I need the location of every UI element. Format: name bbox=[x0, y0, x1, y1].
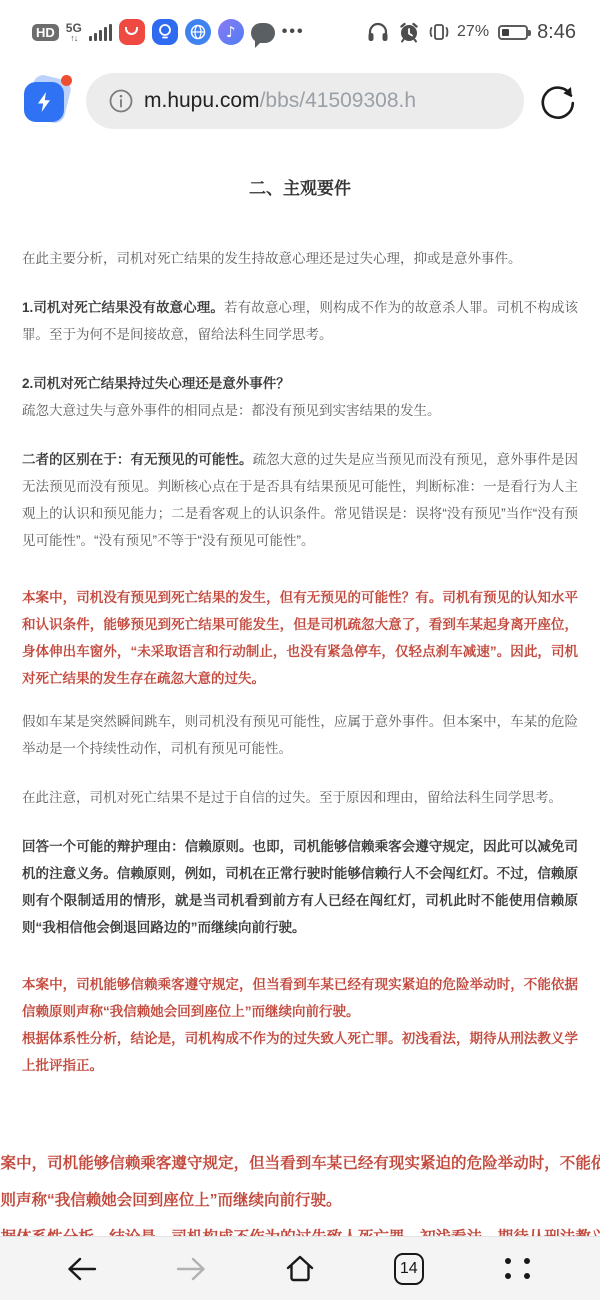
home-icon bbox=[282, 1251, 318, 1287]
browser-toolbar: m.hupu.com/bbs/41509308.h bbox=[0, 58, 600, 144]
back-arrow-icon bbox=[64, 1253, 100, 1285]
browser-app-shortcut-button[interactable] bbox=[22, 75, 74, 127]
lightning-bolt-icon bbox=[35, 91, 53, 113]
globe-app-notification-icon bbox=[185, 19, 211, 45]
paragraph-distinction-lead: 二者的区别在于：有无预见的可能性。 bbox=[22, 452, 253, 467]
battery-icon bbox=[498, 25, 528, 40]
menu-button[interactable] bbox=[490, 1245, 546, 1293]
lightning-app-icon bbox=[24, 82, 64, 122]
forward-button[interactable] bbox=[163, 1245, 219, 1293]
zoomed-text-line1: 本案中，司机能够信赖乘客遵守规定，但当看到车某已经有现实紧迫的危险举动时，不能依… bbox=[0, 1145, 600, 1219]
paragraph-note: 在此注意，司机对死亡结果不是过于自信的过失。至于原因和理由，留给法科生同学思考。 bbox=[22, 784, 578, 811]
paragraph-point1-lead: 1.司机对死亡结果没有故意心理。 bbox=[22, 300, 224, 315]
reload-button[interactable] bbox=[536, 79, 580, 123]
reload-icon bbox=[538, 81, 578, 121]
paragraph-point2-heading: 2.司机对死亡结果持过失心理还是意外事件？ bbox=[22, 370, 578, 397]
paragraph-case-analysis-red: 本案中，司机没有预见到死亡结果的发生，但有无预见的可能性？有。司机有预见的认知水… bbox=[22, 584, 578, 692]
status-bar: HD 5G ↑↓ ♪ bbox=[0, 0, 600, 58]
forward-arrow-icon bbox=[173, 1253, 209, 1285]
more-notifications-icon: ••• bbox=[282, 23, 305, 41]
battery-percent-label: 27% bbox=[457, 23, 489, 41]
paragraph-conclusion-line1: 本案中，司机能够信赖乘客遵守规定，但当看到车某已经有现实紧迫的危险举动时，不能依… bbox=[22, 971, 578, 1025]
headphones-icon bbox=[366, 20, 390, 44]
menu-dots-icon bbox=[505, 1258, 530, 1279]
paragraph-point2-text: 疏忽大意过失与意外事件的相同点是：都没有预见到实害结果的发生。 bbox=[22, 397, 578, 424]
url-path: /bbs/41509308.h bbox=[260, 89, 416, 112]
paragraph-hypothetical: 假如车某是突然瞬间跳车，则司机没有预见可能性，应属于意外事件。但本案中，车某的危… bbox=[22, 708, 578, 762]
paragraph-conclusion-line2: 根据体系性分析，结论是，司机构成不作为的过失致人死亡罪。初浅看法，期待从刑法教义… bbox=[22, 1025, 578, 1079]
article-section-title: 二、主观要件 bbox=[22, 174, 578, 199]
vibrate-icon bbox=[428, 20, 450, 44]
network-type-indicator: 5G ↑↓ bbox=[66, 22, 82, 43]
hd-indicator: HD bbox=[32, 24, 59, 41]
phone-screen: HD 5G ↑↓ ♪ bbox=[0, 0, 600, 1300]
back-button[interactable] bbox=[54, 1245, 110, 1293]
notification-dot bbox=[61, 75, 72, 86]
music-app-notification-icon: ♪ bbox=[218, 19, 244, 45]
bulb-icon bbox=[157, 23, 173, 41]
paragraph-point1: 1.司机对死亡结果没有故意心理。若有故意心理，则构成不作为的故意杀人罪。司机不构… bbox=[22, 294, 578, 348]
clock-time: 8:46 bbox=[537, 21, 576, 44]
browser-bottom-nav: 14 bbox=[0, 1236, 600, 1300]
url-text: m.hupu.com/bbs/41509308.h bbox=[144, 89, 416, 113]
globe-icon bbox=[189, 23, 207, 41]
huawei-app-notification-icon bbox=[119, 19, 145, 45]
url-domain: m.hupu.com bbox=[144, 89, 260, 112]
paragraph-defense-theory: 回答一个可能的辩护理由：信赖原则。也即，司机能够信赖乘客会遵守规定，因此可以减免… bbox=[22, 833, 578, 941]
signal-strength-icon bbox=[89, 23, 112, 41]
status-bar-right: 27% 8:46 bbox=[366, 20, 576, 44]
alarm-icon bbox=[397, 20, 421, 44]
page-info-icon[interactable] bbox=[108, 88, 134, 114]
home-button[interactable] bbox=[272, 1245, 328, 1293]
tab-count-badge: 14 bbox=[394, 1253, 424, 1285]
paragraph-point2: 2.司机对死亡结果持过失心理还是意外事件？ 疏忽大意过失与意外事件的相同点是：都… bbox=[22, 370, 578, 424]
status-bar-left: HD 5G ↑↓ ♪ bbox=[32, 19, 305, 45]
address-bar[interactable]: m.hupu.com/bbs/41509308.h bbox=[86, 73, 524, 129]
data-arrows-icon: ↑↓ bbox=[70, 34, 77, 43]
paragraph-intro: 在此主要分析，司机对死亡结果的发生持故意心理还是过失心理，抑或是意外事件。 bbox=[22, 245, 578, 272]
lightbulb-app-notification-icon bbox=[152, 19, 178, 45]
paragraph-distinction: 二者的区别在于：有无预见的可能性。疏忽大意的过失是应当预见而没有预见，意外事件是… bbox=[22, 446, 578, 554]
chat-bubble-notification-icon bbox=[251, 23, 275, 43]
paragraph-conclusion-red: 本案中，司机能够信赖乘客遵守规定，但当看到车某已经有现实紧迫的危险举动时，不能依… bbox=[22, 971, 578, 1079]
tabs-button[interactable]: 14 bbox=[381, 1245, 437, 1293]
page-content: 二、主观要件 在此主要分析，司机对死亡结果的发生持故意心理还是过失心理，抑或是意… bbox=[0, 144, 600, 1079]
